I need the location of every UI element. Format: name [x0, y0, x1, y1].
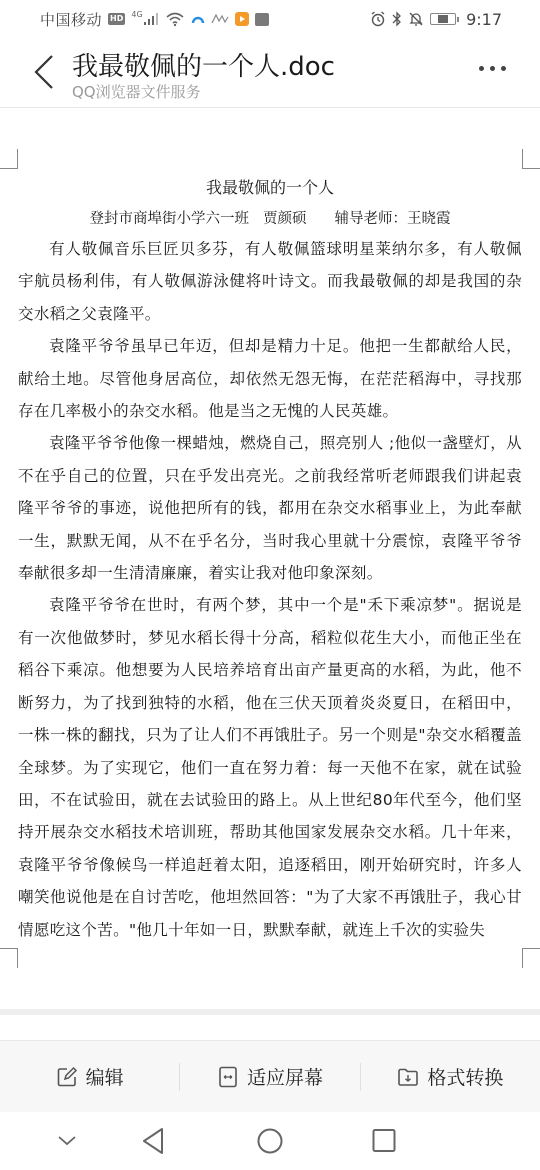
message-app-icon	[255, 13, 269, 26]
byline-teacher: 辅导老师：王晓霞	[335, 211, 451, 227]
crop-mark-top-left	[0, 149, 18, 169]
page-subtitle: QQ浏览器文件服务	[72, 81, 201, 102]
edit-button[interactable]: 编辑	[0, 1041, 179, 1112]
byline-author: 贾颜硕	[263, 211, 307, 227]
byline-school: 登封市商埠街小学六一班	[90, 211, 250, 227]
wifi-icon	[165, 11, 185, 27]
status-bar-right: 9:17	[370, 10, 502, 29]
crop-mark-top-right	[522, 149, 540, 169]
recents-square-icon	[371, 1126, 397, 1156]
more-horizontal-icon	[501, 66, 506, 71]
nav-home-button[interactable]	[256, 1126, 284, 1156]
alarm-icon	[370, 11, 386, 27]
fit-screen-button[interactable]: 适应屏幕	[180, 1041, 359, 1112]
document-title: 我最敬佩的一个人	[0, 175, 540, 198]
crop-mark-bottom-right	[522, 948, 540, 968]
battery-icon	[430, 13, 456, 25]
signal-4g-icon: 4G	[131, 12, 158, 26]
notification-app-icon	[211, 13, 229, 25]
carrier-name: 中国移动	[40, 9, 102, 30]
back-triangle-icon	[140, 1126, 166, 1156]
page-divider	[0, 1009, 540, 1015]
mute-icon	[408, 11, 424, 27]
document-byline: 登封市商埠街小学六一班贾颜硕辅导老师：王晓霞	[0, 207, 540, 228]
status-bar: 中国移动 HD 4G 9:17	[0, 0, 540, 38]
paragraph: 袁隆平爷爷他像一棵蜡烛，燃烧自己，照亮别人 ;他似一盏壁灯，从不在乎自己的位置，…	[18, 427, 522, 589]
network-type-label: 4G	[131, 11, 142, 19]
page-title: 我最敬佩的一个人.doc	[72, 46, 335, 83]
format-convert-icon	[397, 1066, 419, 1088]
paragraph: 袁隆平爷爷虽早已年迈，但却是精力十足。他把一生都献给人民，献给土地。尽管他身居高…	[18, 330, 522, 427]
back-button[interactable]	[30, 52, 60, 92]
hide-keyboard-button[interactable]	[56, 1126, 78, 1156]
browser-app-icon	[191, 12, 205, 26]
status-bar-left: 中国移动 HD 4G	[40, 9, 269, 30]
app-header: 我最敬佩的一个人.doc QQ浏览器文件服务	[0, 38, 540, 108]
more-horizontal-icon	[490, 66, 495, 71]
clock: 9:17	[466, 10, 502, 29]
crop-mark-bottom-left	[0, 948, 18, 968]
nav-back-button[interactable]	[140, 1126, 166, 1156]
nav-recents-button[interactable]	[371, 1126, 397, 1156]
format-convert-button[interactable]: 格式转换	[361, 1041, 540, 1112]
more-horizontal-icon	[479, 66, 484, 71]
home-circle-icon	[256, 1126, 284, 1156]
chevron-down-icon	[56, 1126, 78, 1156]
system-navigation-bar	[0, 1112, 540, 1170]
video-app-icon	[235, 12, 249, 26]
fit-screen-label: 适应屏幕	[247, 1063, 323, 1090]
fit-screen-icon	[217, 1066, 239, 1088]
edit-label: 编辑	[86, 1063, 124, 1090]
battery-level	[438, 15, 448, 23]
bluetooth-icon	[392, 11, 402, 27]
document-viewer[interactable]: 我最敬佩的一个人 登封市商埠街小学六一班贾颜硕辅导老师：王晓霞 有人敬佩音乐巨匠…	[0, 109, 540, 1009]
format-convert-label: 格式转换	[427, 1063, 503, 1090]
paragraph: 有人敬佩音乐巨匠贝多芬，有人敬佩篮球明星莱纳尔多，有人敬佩宇航员杨利伟，有人敬佩…	[18, 233, 522, 330]
bottom-toolbar: 编辑 适应屏幕 格式转换	[0, 1040, 540, 1112]
chevron-left-icon	[30, 52, 60, 92]
edit-icon	[56, 1066, 78, 1088]
paragraph: 袁隆平爷爷在世时，有两个梦，其中一个是"禾下乘凉梦"。据说是有一次他做梦时，梦见…	[18, 589, 522, 945]
document-body: 有人敬佩音乐巨匠贝多芬，有人敬佩篮球明星莱纳尔多，有人敬佩宇航员杨利伟，有人敬佩…	[18, 233, 522, 946]
hd-icon: HD	[108, 13, 125, 25]
more-options-button[interactable]	[479, 66, 506, 71]
